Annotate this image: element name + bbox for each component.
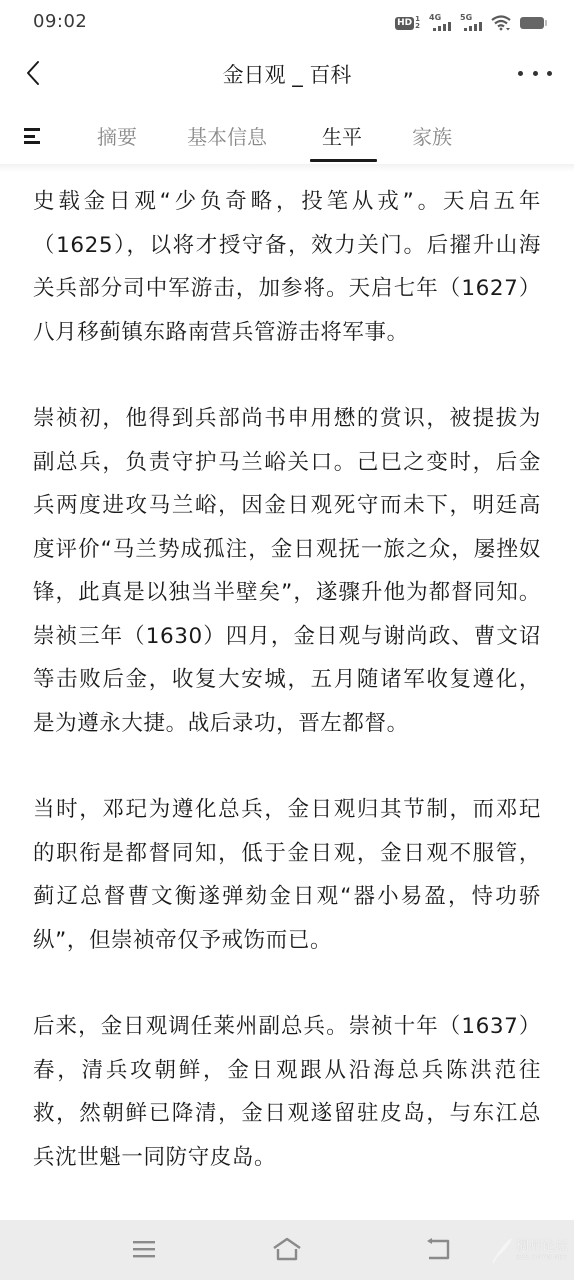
recent-apps-button[interactable] — [124, 1232, 164, 1266]
tab-summary[interactable]: 摘要 — [97, 121, 137, 150]
tab-divider — [0, 164, 574, 172]
page-title: 金日观 _ 百科 — [0, 59, 574, 89]
signal-5g-icon: 5G — [460, 14, 482, 32]
status-icons: HD 1 2 4G 5G — [395, 13, 544, 33]
paragraph: 崇祯初，他得到兵部尚书申用懋的赏识，被提拔为副总兵，负责守护马兰峪关口。己巳之变… — [33, 397, 541, 745]
network-label-4g: 4G — [429, 14, 441, 22]
more-dots-icon — [547, 71, 552, 76]
back-icon — [425, 1237, 451, 1261]
paragraph: 后来，金日观调任莱州副总兵。崇祯十年（1637）春，清兵攻朝鲜，金日观跟从沿海总… — [33, 1005, 541, 1179]
more-dots-icon — [518, 71, 523, 76]
more-button[interactable] — [518, 60, 552, 86]
menu-icon[interactable] — [24, 126, 44, 146]
hd-voice-icon: HD 1 2 — [395, 16, 420, 30]
tab-basic-info[interactable]: 基本信息 — [187, 121, 267, 150]
status-bar: 09:02 HD 1 2 4G 5G — [0, 0, 574, 46]
hd-label: HD — [395, 17, 414, 30]
more-dots-icon — [533, 71, 538, 76]
paragraph: 史载金日观“少负奇略，投笔从戎”。天启五年（1625），以将才授守备，效力关门。… — [33, 180, 541, 354]
signal-4g-icon: 4G — [429, 14, 451, 32]
hd-sub: 1 2 — [415, 16, 420, 30]
tab-family[interactable]: 家族 — [412, 121, 452, 150]
back-nav-button[interactable] — [418, 1232, 458, 1266]
signal-bars — [433, 22, 451, 31]
section-tabs: 摘要 基本信息 生平 家族 — [0, 108, 574, 164]
header-bar: 金日观 _ 百科 — [0, 46, 574, 100]
recent-apps-icon — [132, 1238, 156, 1260]
system-nav-bar: 稠州论坛 BBS.CNYW.NET — [0, 1220, 574, 1280]
watermark-title: 稠州论坛 — [516, 1240, 568, 1254]
forum-watermark: 稠州论坛 BBS.CNYW.NET — [491, 1236, 568, 1264]
active-tab-indicator — [310, 159, 377, 162]
signal-bars — [464, 22, 482, 31]
wifi-icon — [491, 15, 511, 31]
home-icon — [272, 1237, 302, 1261]
hd-sub-bottom: 2 — [415, 23, 420, 30]
watermark-url: BBS.CNYW.NET — [516, 1254, 568, 1261]
article-content: 史载金日观“少负奇略，投笔从戎”。天启五年（1625），以将才授守备，效力关门。… — [33, 180, 541, 1222]
home-button[interactable] — [267, 1232, 307, 1266]
tab-biography[interactable]: 生平 — [322, 121, 362, 150]
battery-icon — [520, 17, 544, 29]
status-time: 09:02 — [33, 11, 87, 32]
quill-logo-icon — [491, 1236, 513, 1264]
network-label-5g: 5G — [460, 14, 472, 22]
paragraph: 当时，邓玘为遵化总兵，金日观归其节制，而邓玘的职衔是都督同知，低于金日观，金日观… — [33, 788, 541, 962]
